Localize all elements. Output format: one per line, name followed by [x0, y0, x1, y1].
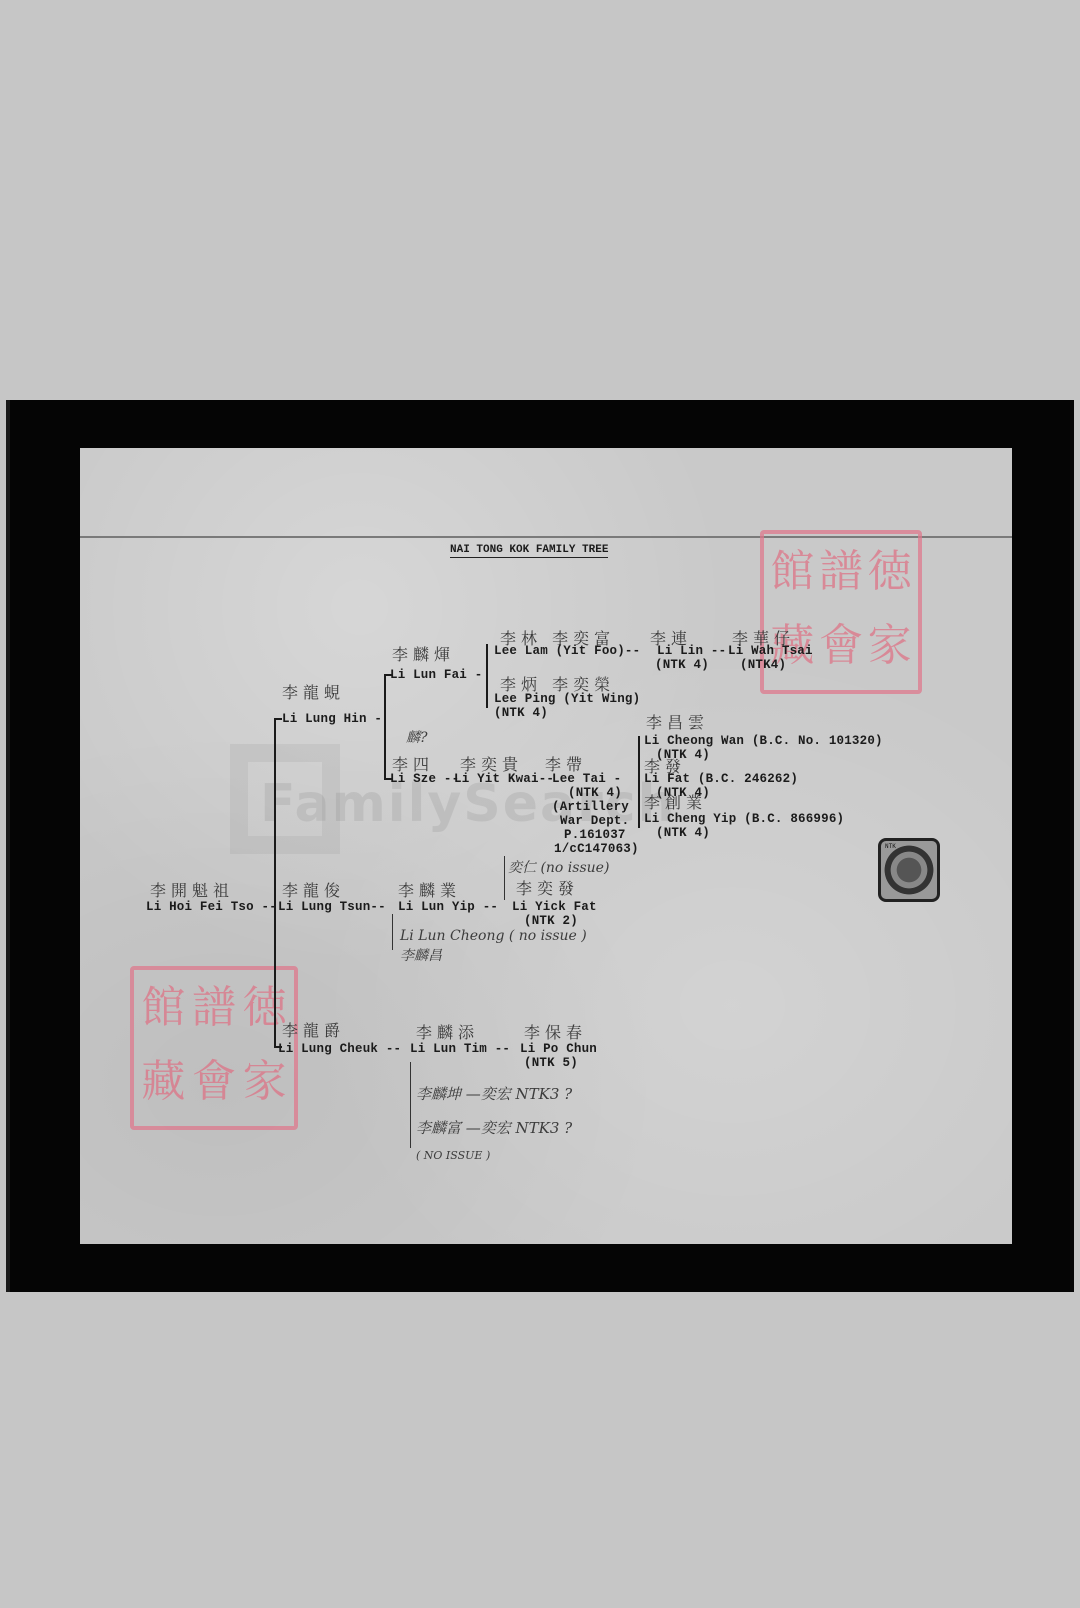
li-lin: Li Lin --: [657, 644, 726, 658]
lun-fai-cn: 李麟煇: [392, 646, 455, 664]
lee-ping: Lee Ping (Yit Wing): [494, 692, 640, 706]
li-sze: Li Sze --: [390, 772, 459, 786]
handwritten-query: 麟?: [406, 730, 428, 746]
handwritten-lun-kwan: 李麟坤 —奕宏 NTK3 ?: [416, 1086, 572, 1102]
stamp-label: NTK: [885, 843, 896, 850]
seal-char: 館: [770, 540, 815, 610]
round-stamp: NTK: [878, 838, 940, 902]
film-edge: [6, 400, 10, 1292]
seal-char: 譜: [819, 540, 864, 610]
lun-fai: Li Lun Fai -: [390, 668, 482, 682]
gen2-tsun-cn: 李龍俊: [282, 882, 345, 900]
wah-tsai-ntk: (NTK4): [740, 658, 786, 672]
cheng-yip-cn: 李創業: [644, 794, 707, 812]
seal-char: 家: [241, 1050, 288, 1120]
handwritten-no-issue: ( NO ISSUE ): [416, 1148, 490, 1164]
lee-tai-note: (Artillery: [552, 800, 629, 814]
handwritten-lun-cheong-cn: 李麟昌: [400, 948, 442, 964]
li-lin-ntk: (NTK 4): [655, 658, 709, 672]
gen2-cheuk: Li Lung Cheuk --: [278, 1042, 401, 1056]
seal-char: 譜: [191, 976, 238, 1046]
handwritten-bracket: [504, 856, 505, 900]
lee-tai-note: P.161037: [564, 828, 626, 842]
seal-char: 徳: [867, 540, 912, 610]
gen2-hin-cn: 李龍蜆: [282, 684, 345, 702]
branch-tick: [274, 718, 282, 720]
root-name-cn: 李開魁祖: [150, 882, 234, 900]
gen2-cheuk-cn: 李龍爵: [282, 1022, 345, 1040]
hin-branch-line: [384, 674, 386, 780]
gen2-tsun: Li Lung Tsun--: [278, 900, 386, 914]
lun-yip: Li Lun Yip --: [398, 900, 498, 914]
yick-fat: Li Yick Fat: [512, 900, 597, 914]
lun-fai-branch-line: [486, 644, 488, 708]
po-chun-cn: 李保春: [524, 1024, 587, 1042]
handwritten-no-issue-top: 奕仁 (no issue): [508, 860, 609, 876]
lun-tim-cn: 李麟添: [416, 1024, 479, 1042]
cheong-wan: Li Cheong Wan (B.C. No. 101320): [644, 734, 883, 748]
lee-tai-note: (NTK 4): [568, 786, 622, 800]
cheng-yip-ntk: (NTK 4): [656, 826, 710, 840]
handwritten-bracket: [392, 914, 393, 950]
lee-lam: Lee Lam (Yit Foo)--: [494, 644, 640, 658]
seal-char: 館: [140, 976, 187, 1046]
lee-tai-note: War Dept.: [560, 814, 629, 828]
li-fat: Li Fat (B.C. 246262): [644, 772, 798, 786]
yit-kwai: Li Yit Kwai--: [454, 772, 554, 786]
po-chun: Li Po Chun: [520, 1042, 597, 1056]
cheng-yip: Li Cheng Yip (B.C. 866996): [644, 812, 844, 826]
seal-char: 藏: [140, 1050, 187, 1120]
trunk-line: [274, 718, 276, 1046]
document-title: NAI TONG KOK FAMILY TREE: [450, 544, 608, 558]
seal-char: 家: [867, 614, 912, 684]
lee-tai: Lee Tai -: [552, 772, 621, 786]
handwritten-bracket: [410, 1062, 411, 1148]
lun-yip-cn: 李麟業: [398, 882, 461, 900]
seal-char: 會: [819, 614, 864, 684]
root-name: Li Hoi Fei Tso --: [146, 900, 277, 914]
document-sheet: FamilySearch 館 譜 徳 藏 會 家 館 譜 徳 藏 會 家 NTK…: [80, 448, 1012, 1244]
gen2-hin: Li Lung Hin -: [282, 712, 382, 726]
yick-fat-ntk: (NTK 2): [524, 914, 578, 928]
wah-tsai: Li Wah Tsai: [728, 644, 813, 658]
handwritten-lun-cheong: Li Lun Cheong ( no issue ): [400, 928, 587, 944]
handwritten-lun-fu: 李麟富 —奕宏 NTK3 ?: [416, 1120, 572, 1136]
cheong-wan-cn: 李昌雲: [646, 714, 709, 732]
lee-tai-note: 1/cC147063): [554, 842, 639, 856]
library-seal-bottom-left: 館 譜 徳 藏 會 家: [130, 966, 298, 1130]
seal-char: 會: [191, 1050, 238, 1120]
seal-char: 徳: [241, 976, 288, 1046]
lee-ping-ntk: (NTK 4): [494, 706, 548, 720]
po-chun-ntk: (NTK 5): [524, 1056, 578, 1070]
lee-tai-branch-line: [638, 736, 640, 828]
yick-fat-cn: 李奕發: [516, 880, 579, 898]
lun-tim: Li Lun Tim --: [410, 1042, 510, 1056]
